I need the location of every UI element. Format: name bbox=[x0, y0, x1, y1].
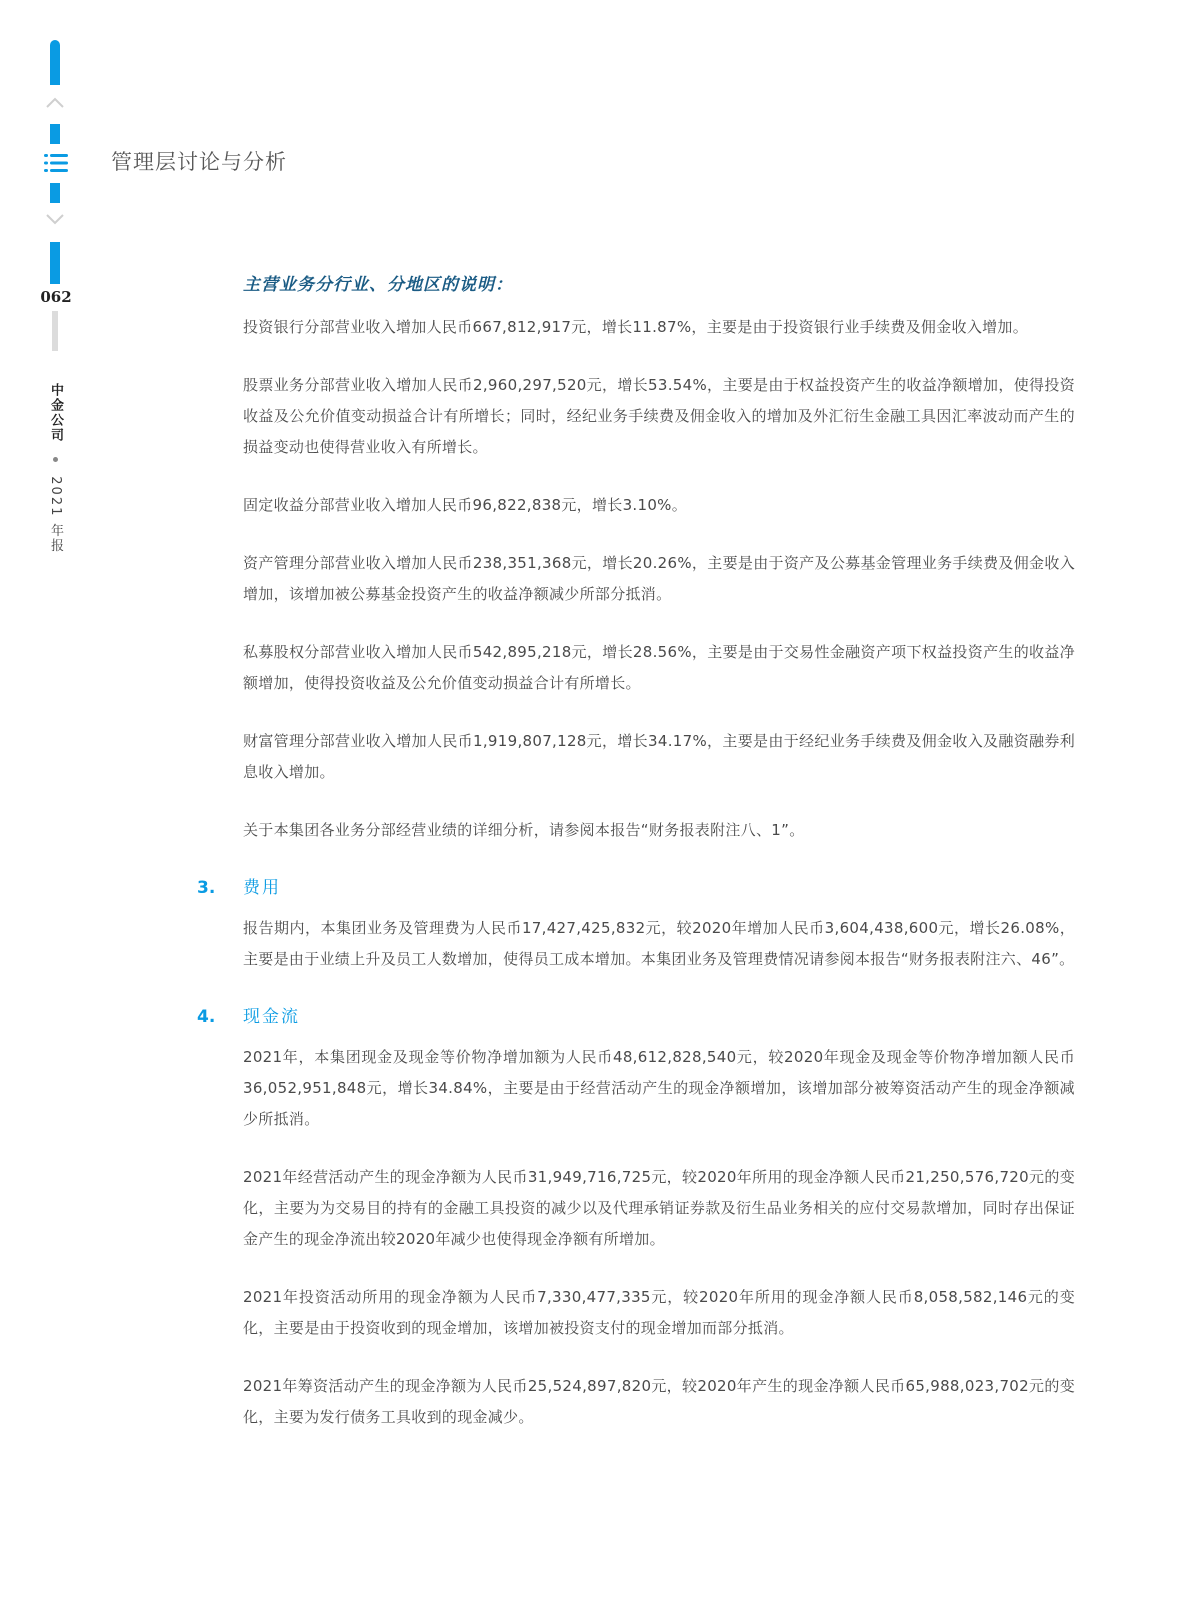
menu-list-icon[interactable] bbox=[44, 151, 68, 175]
section-number: 3. bbox=[197, 873, 231, 903]
paragraph-equities: 股票业务分部营业收入增加人民币2,960,297,520元，增长53.54%，主… bbox=[243, 370, 1075, 463]
paragraph-segment-reference: 关于本集团各业务分部经营业绩的详细分析，请参阅本报告“财务报表附注八、1”。 bbox=[243, 815, 1075, 846]
rail-bar-top bbox=[50, 40, 60, 85]
main-content: 主营业务分行业、分地区的说明： 投资银行分部营业收入增加人民币667,812,9… bbox=[243, 270, 1075, 1460]
report-year: 2021 年报 bbox=[48, 476, 63, 553]
paragraph-investment-banking: 投资银行分部营业收入增加人民币667,812,917元，增长11.87%，主要是… bbox=[243, 312, 1075, 343]
paragraph-investing-cashflow: 2021年投资活动所用的现金净额为人民币7,330,477,335元，较2020… bbox=[243, 1282, 1075, 1344]
segment-heading: 主营业务分行业、分地区的说明： bbox=[243, 270, 1075, 300]
paragraph-fixed-income: 固定收益分部营业收入增加人民币96,822,838元，增长3.10%。 bbox=[243, 490, 1075, 521]
paragraph-asset-management: 资产管理分部营业收入增加人民币238,351,368元，增长20.26%，主要是… bbox=[243, 548, 1075, 610]
rail-bar bbox=[50, 183, 60, 203]
company-name: 中金公司 bbox=[48, 383, 63, 443]
page-nav-rail: 062 中金公司 2021 年报 bbox=[0, 0, 110, 600]
rail-divider bbox=[52, 311, 58, 351]
chevron-up-icon[interactable] bbox=[45, 95, 65, 109]
section-number: 4. bbox=[197, 1002, 231, 1032]
page-title: 管理层讨论与分析 bbox=[111, 146, 287, 176]
chevron-down-icon[interactable] bbox=[45, 213, 65, 227]
rail-bar bbox=[50, 124, 60, 144]
section-title: 现金流 bbox=[243, 1007, 300, 1027]
rail-bar bbox=[50, 242, 60, 284]
section-heading-expenses: 3. 费用 bbox=[243, 873, 1075, 903]
section-title: 费用 bbox=[243, 878, 281, 898]
page-number: 062 bbox=[30, 288, 82, 306]
report-label: 中金公司 2021 年报 bbox=[46, 383, 64, 554]
paragraph-wealth-management: 财富管理分部营业收入增加人民币1,919,807,128元，增长34.17%，主… bbox=[243, 726, 1075, 788]
paragraph-financing-cashflow: 2021年筹资活动产生的现金净额为人民币25,524,897,820元，较202… bbox=[243, 1371, 1075, 1433]
separator-dot bbox=[53, 457, 58, 462]
paragraph-expenses: 报告期内，本集团业务及管理费为人民币17,427,425,832元，较2020年… bbox=[243, 913, 1075, 975]
section-heading-cashflow: 4. 现金流 bbox=[243, 1002, 1075, 1032]
paragraph-private-equity: 私募股权分部营业收入增加人民币542,895,218元，增长28.56%，主要是… bbox=[243, 637, 1075, 699]
paragraph-operating-cashflow: 2021年经营活动产生的现金净额为人民币31,949,716,725元，较202… bbox=[243, 1162, 1075, 1255]
paragraph-cashflow-summary: 2021年，本集团现金及现金等价物净增加额为人民币48,612,828,540元… bbox=[243, 1042, 1075, 1135]
